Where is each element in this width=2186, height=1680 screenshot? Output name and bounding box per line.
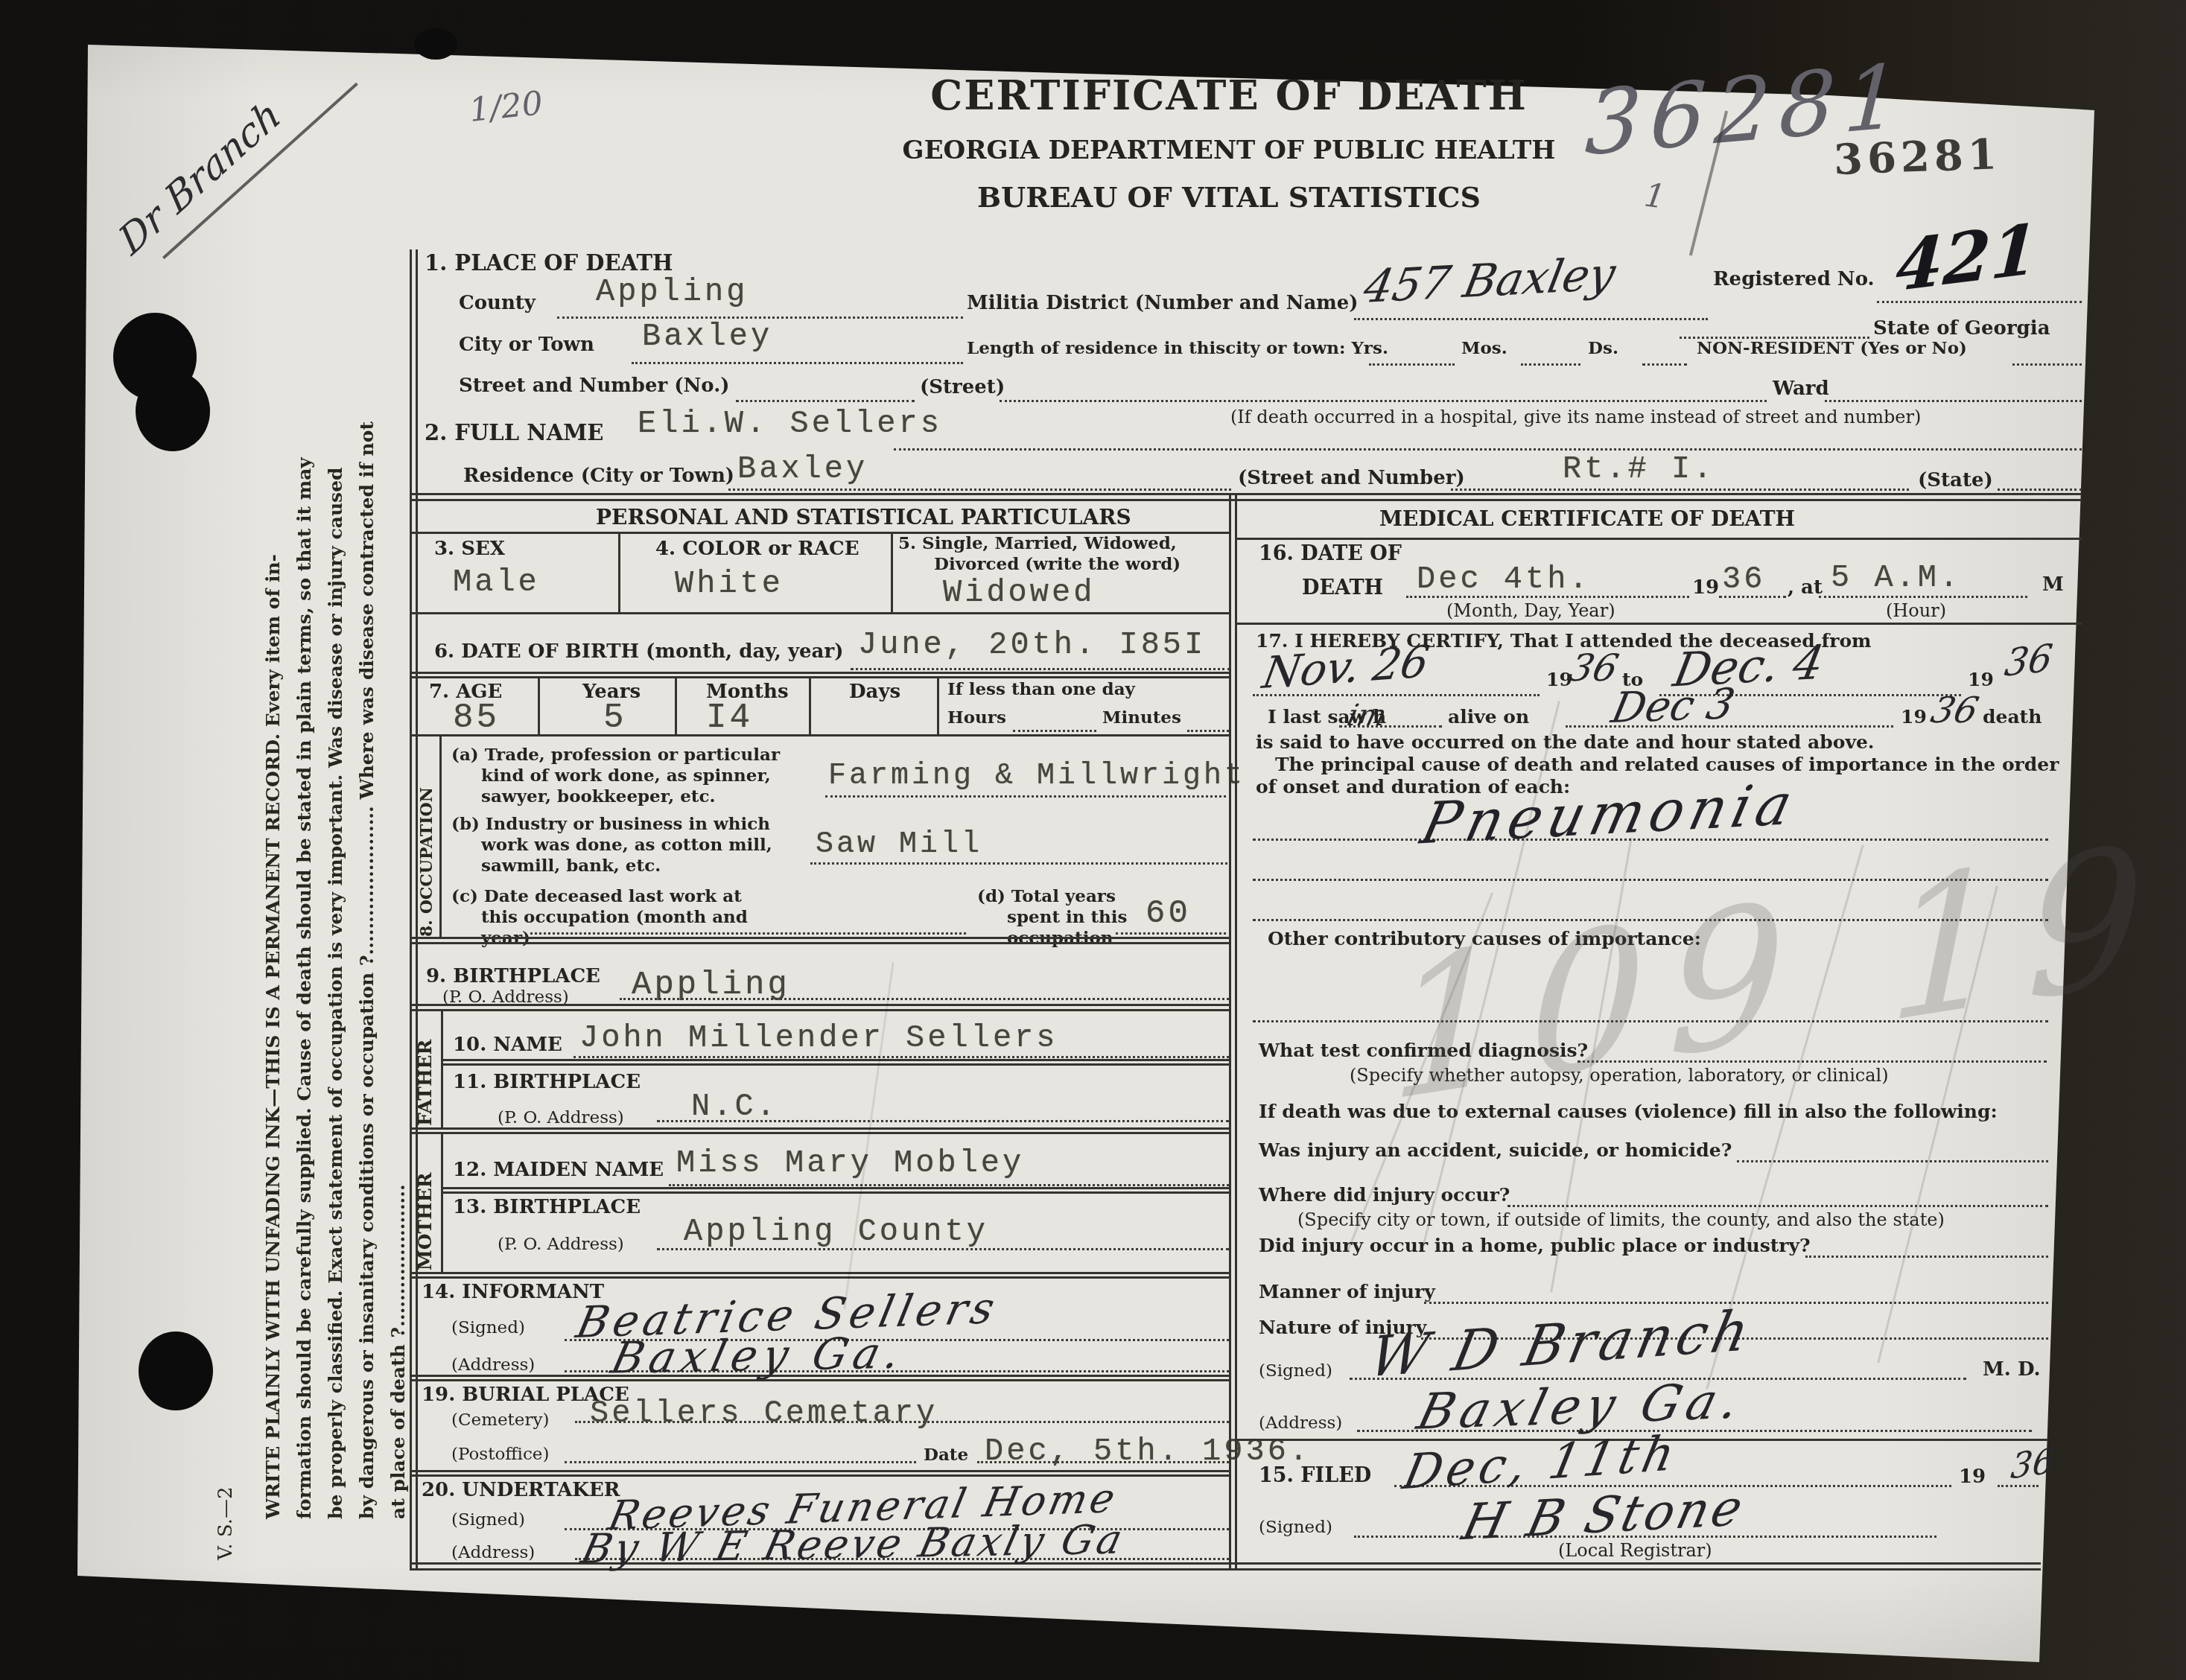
punch-hole	[139, 1331, 213, 1410]
bureau-line: BUREAU OF VITAL STATISTICS	[894, 180, 1564, 214]
age-years-value: 5	[603, 699, 627, 737]
county-label: County	[459, 292, 536, 314]
minutes-label: Minutes	[1102, 707, 1181, 728]
mother-birthplace-po-label: (P. O. Address)	[498, 1235, 624, 1254]
divider	[443, 1063, 1229, 1066]
residence-value: Baxley	[737, 451, 868, 487]
ds-label: Ds.	[1588, 338, 1618, 358]
divider	[410, 1272, 1229, 1274]
margin-line: by dangerous or insanitary conditions or…	[352, 170, 383, 1519]
time-of-death-value: 5 A.M.	[1831, 560, 1961, 596]
at-label: , at	[1788, 576, 1823, 599]
margin-instructions: WRITE PLAINLY WITH UNFADING INK—THIS IS …	[258, 170, 417, 1519]
minutes-line	[1187, 730, 1229, 732]
right-column-heading: MEDICAL CERTIFICATE OF DEATH	[1379, 506, 1795, 531]
last-saw-date: Dec 3	[1607, 680, 1739, 733]
occupation-b-value: Saw Mill	[816, 828, 982, 862]
street-paren-label: (Street)	[920, 376, 1005, 398]
form-left-border	[416, 249, 418, 1568]
physician-address-value: Baxley Ga.	[1411, 1372, 1751, 1441]
occupation-a-line	[825, 795, 1231, 798]
divider	[410, 612, 1229, 614]
mother-maiden-name-line	[669, 1184, 1229, 1186]
mother-strip-divider	[441, 1132, 443, 1272]
occupation-b-label: work was done, as cotton mill,	[481, 835, 772, 855]
printed-19: 19	[1692, 576, 1719, 599]
full-name-label: 2. FULL NAME	[425, 420, 603, 445]
dod-line	[1406, 596, 1689, 598]
mother-birthplace-line	[657, 1248, 1229, 1250]
ward-label: Ward	[1773, 378, 1829, 400]
margin-line: WRITE PLAINLY WITH UNFADING INK—THIS IS …	[258, 170, 289, 1519]
divider	[443, 1191, 1229, 1194]
occupation-a-label: kind of work done, as spinner,	[481, 766, 771, 786]
left-column-heading: PERSONAL AND STATISTICAL PARTICULARS	[596, 505, 1131, 529]
month-day-year-caption: (Month, Day, Year)	[1446, 600, 1615, 621]
sex-label: 3. SEX	[434, 538, 505, 560]
cell-divider	[538, 676, 540, 734]
divider	[410, 942, 1229, 944]
filed-label: 15. FILED	[1259, 1464, 1371, 1487]
color-race-label: 4. COLOR or RACE	[655, 538, 860, 560]
occupation-c-line	[530, 932, 966, 935]
birthplace-line	[620, 998, 1229, 1000]
hours-label: Hours	[947, 707, 1006, 728]
non-resident-label: NON-RESIDENT (Yes or No)	[1697, 338, 1967, 358]
occupation-a-label: sawyer, bookkeeper, etc.	[481, 786, 715, 806]
margin-line: formation should be carefully supplied. …	[289, 170, 320, 1519]
date-of-death-value: Dec 4th.	[1417, 561, 1591, 597]
undertaker-signed-label: (Signed)	[451, 1510, 525, 1530]
occupation-b-label: sawmill, bank, etc.	[481, 856, 661, 876]
militia-district-label: Militia District (Number and Name)	[967, 292, 1359, 314]
father-name-line	[573, 1056, 1229, 1058]
age-value: 85	[453, 699, 500, 737]
did-injury-line	[1805, 1256, 2048, 1258]
divider	[410, 1276, 1229, 1279]
date-of-death-label: DEATH	[1302, 576, 1383, 599]
informant-label: 14. INFORMANT	[422, 1281, 604, 1303]
informant-signed-label: (Signed)	[451, 1318, 525, 1337]
where-injury-line	[1507, 1205, 2048, 1207]
alive-on-label: alive on	[1448, 706, 1529, 728]
hours-line	[1013, 730, 1096, 732]
place-of-death-heading: 1. PLACE OF DEATH	[425, 250, 673, 276]
street-and-number-label: (Street and Number)	[1238, 467, 1465, 489]
paper-notch	[414, 28, 457, 60]
where-specify-caption: (Specify city or town, if outside of lim…	[1297, 1209, 1945, 1230]
cell-divider	[809, 676, 811, 734]
non-resident-line	[2012, 363, 2082, 366]
county-value: Appling	[596, 274, 748, 310]
father-birthplace-label: 11. BIRTHPLACE	[453, 1071, 641, 1093]
column-divider	[1235, 493, 1237, 1568]
full-name-value: Eli.W. Sellers	[638, 406, 942, 442]
mother-vertical-label: MOTHER	[414, 1138, 444, 1270]
marital-value: Widowed	[943, 575, 1095, 611]
occupation-c-label: (c) Date deceased last work at	[451, 886, 742, 906]
manner-of-injury-label: Manner of injury	[1259, 1281, 1435, 1302]
mother-birthplace-label: 13. BIRTHPLACE	[453, 1196, 641, 1218]
full-name-line	[894, 448, 2082, 451]
mos-label: Mos.	[1461, 338, 1507, 358]
ds-line	[1642, 363, 1687, 366]
printed-19: 19	[1959, 1466, 1986, 1488]
dod-year-line	[1719, 596, 1786, 598]
militia-line	[1354, 318, 1708, 320]
less-than-one-day-label: If less than one day	[947, 679, 1135, 699]
page-title: CERTIFICATE OF DEATH	[894, 71, 1564, 119]
yrs-line	[1369, 363, 1455, 366]
divider	[410, 1132, 1229, 1134]
occupation-b-line	[810, 862, 1231, 865]
death-label: death	[1983, 706, 2042, 728]
street-no-line	[736, 400, 915, 402]
state-line	[1998, 489, 2082, 491]
father-birthplace-line	[657, 1120, 1229, 1122]
informant-address-value: Baxley Ga.	[606, 1327, 911, 1383]
postoffice-label: (Postoffice)	[451, 1445, 549, 1464]
occupation-b-label: (b) Industry or business in which	[451, 814, 770, 834]
occupation-d-line	[1116, 932, 1231, 935]
occupation-a-value: Farming & Millwright	[828, 760, 1245, 793]
md-label: M. D.	[1983, 1358, 2041, 1381]
where-injury-label: Where did injury occur?	[1259, 1184, 1510, 1206]
divider	[410, 1009, 1229, 1011]
occupation-a-label: (a) Trade, profession or particular	[451, 745, 780, 765]
undertaker-label: 20. UNDERTAKER	[422, 1479, 620, 1501]
state-of-georgia-label: State of Georgia	[1873, 317, 2050, 340]
occupation-c-label: this occupation (month and	[481, 907, 748, 927]
days-label: Days	[849, 681, 900, 703]
divider	[410, 734, 1229, 736]
cell-divider	[675, 676, 677, 734]
undertaker-address-label: (Address)	[451, 1543, 535, 1562]
dob-line	[851, 668, 1230, 670]
physician-address-label: (Address)	[1259, 1413, 1342, 1433]
date-of-death-label: 16. DATE OF	[1259, 542, 1402, 565]
hour-caption: (Hour)	[1886, 600, 1946, 621]
divider	[410, 532, 1229, 534]
residence-label: Residence (City or Town)	[463, 465, 734, 487]
cell-divider	[937, 676, 939, 734]
marital-label-1: 5. Single, Married, Widowed,	[898, 533, 1177, 553]
department-line: GEORGIA DEPARTMENT OF PUBLIC HEALTH	[894, 136, 1564, 165]
divider	[410, 1004, 1229, 1006]
cell-divider	[891, 532, 893, 612]
did-injury-label: Did injury occur in a home, public place…	[1259, 1235, 1811, 1256]
mother-birthplace-value: Appling County	[684, 1214, 988, 1250]
date-of-birth-label: 6. DATE OF BIRTH (month, day, year)	[434, 640, 843, 663]
undertaker-address-value: By W E Reeve Baxly Ga	[577, 1516, 1130, 1573]
accident-line	[1737, 1160, 2048, 1162]
printed-19: 19	[1968, 669, 1994, 690]
occupation-d-label: spent in this	[1007, 907, 1128, 927]
cell-divider	[618, 532, 620, 612]
form-left-border	[410, 249, 412, 1568]
date-of-death-year: 36	[1722, 561, 1765, 597]
street-number-label: Street and Number (No.)	[459, 375, 730, 397]
cemetery-value: Sellers Cemetary	[590, 1396, 938, 1431]
length-of-residence-label: Length of residence in thiscity or town:…	[967, 338, 1388, 358]
registrar-signed-label: (Signed)	[1259, 1518, 1332, 1537]
filed-year-value: 36	[2009, 1439, 2056, 1486]
hospital-note: (If death occurred in a hospital, give i…	[1230, 407, 1921, 427]
city-value: Baxley	[642, 319, 772, 354]
principal-cause-statement: The principal cause of death and related…	[1275, 754, 2059, 775]
divider	[1235, 538, 2082, 540]
attended-to-year: 36	[2002, 636, 2056, 685]
occupation-d-value: 60	[1146, 895, 1191, 932]
margin-line: be properly classified. Exact statement …	[320, 170, 352, 1519]
occupation-strip-divider	[439, 734, 442, 937]
city-line	[632, 362, 963, 364]
burial-date-label: Date	[924, 1445, 968, 1465]
divider	[1235, 623, 2082, 625]
father-strip-divider	[441, 1009, 443, 1127]
city-or-town-label: City or Town	[459, 334, 594, 356]
m-label: M	[2042, 573, 2064, 596]
accident-label: Was injury an accident, suicide, or homi…	[1259, 1139, 1732, 1161]
burial-date-line	[977, 1461, 1229, 1463]
informant-address-label: (Address)	[451, 1355, 535, 1375]
divider	[410, 676, 1229, 678]
ward-line	[1825, 400, 2082, 402]
race-value: White	[675, 566, 784, 602]
occupation-vertical-label: 8. OCCUPATION	[414, 737, 441, 937]
fraction-note: 1/20	[468, 84, 545, 130]
father-birthplace-value: N.C.	[691, 1089, 778, 1124]
registered-no-label: Registered No.	[1713, 268, 1875, 290]
divider	[443, 1187, 1229, 1189]
divider	[410, 672, 1229, 674]
cemetery-label: (Cemetery)	[451, 1410, 549, 1430]
postoffice-line	[565, 1461, 916, 1463]
father-birthplace-po-label: (P. O. Address)	[498, 1108, 624, 1127]
form-code: V. S.—2	[215, 1441, 246, 1560]
street-and-number-value: Rt.# I.	[1563, 451, 1715, 487]
occupation-d-label: (d) Total years	[977, 886, 1116, 906]
mos-line	[1521, 363, 1580, 366]
column-divider	[1229, 493, 1231, 1568]
divider	[410, 1127, 1229, 1130]
punch-hole	[136, 371, 210, 451]
father-name-label: 10. NAME	[453, 1034, 562, 1056]
date-of-birth-value: June, 20th. I85I	[858, 627, 1206, 663]
birthplace-label: 9. BIRTHPLACE	[426, 965, 600, 987]
time-line	[1819, 596, 2027, 598]
physician-signed-label: (Signed)	[1259, 1361, 1332, 1381]
street-and-number-line	[1451, 489, 1909, 491]
divider	[410, 493, 2082, 495]
father-vertical-label: FATHER	[414, 1014, 444, 1126]
residence-line	[728, 489, 1231, 491]
printed-19: 19	[1901, 706, 1927, 728]
state-paren-label: (State)	[1918, 469, 1993, 491]
father-name-value: John Millender Sellers	[579, 1020, 1058, 1056]
occurred-statement: is said to have occurred on the date and…	[1256, 731, 1875, 753]
marital-label-2: Divorced (write the word)	[934, 554, 1181, 574]
divider	[410, 937, 1229, 939]
cemetery-line	[575, 1421, 1229, 1423]
street-line	[1000, 400, 1767, 402]
divider	[443, 1059, 1229, 1061]
sex-value: Male	[453, 564, 540, 600]
divider	[410, 499, 2082, 501]
age-months-value: I4	[706, 699, 753, 737]
divider	[410, 1470, 1229, 1472]
mother-maiden-name-label: 12. MAIDEN NAME	[453, 1159, 664, 1181]
mother-maiden-name-value: Miss Mary Mobley	[676, 1145, 1024, 1181]
